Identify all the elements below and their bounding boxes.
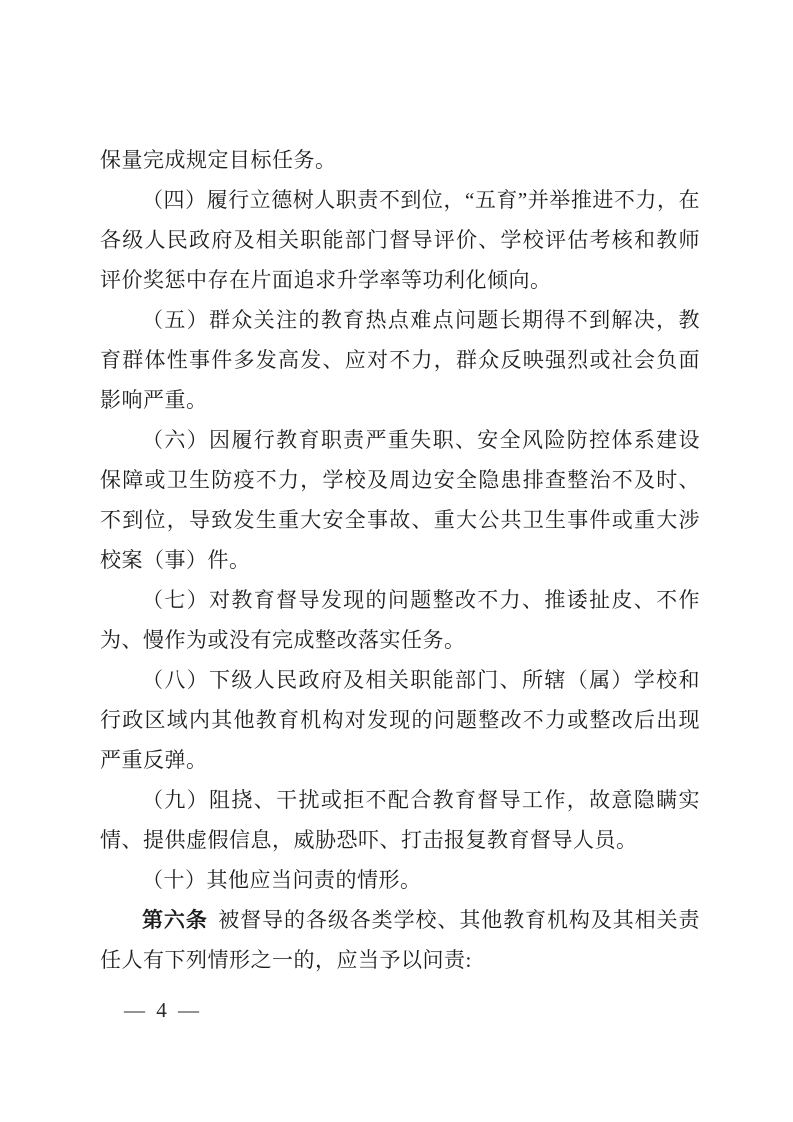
paragraph-1: 保量完成规定目标任务。 bbox=[100, 140, 700, 180]
page-number: — 4 — bbox=[124, 990, 202, 1030]
document-page: 保量完成规定目标任务。（四）履行立德树人职责不到位，“五育”并举推进不力，在各级… bbox=[0, 0, 793, 1122]
paragraph-7: （九）阻挠、干扰或拒不配合教育督导工作，故意隐瞒实情、提供虚假信息，威胁恐吓、打… bbox=[100, 780, 700, 860]
paragraph-3: （五）群众关注的教育热点难点问题长期得不到解决，教育群体性事件多发高发、应对不力… bbox=[100, 300, 700, 420]
paragraph-4: （六）因履行教育职责严重失职、安全风险防控体系建设保障或卫生防疫不力，学校及周边… bbox=[100, 420, 700, 580]
document-body: 保量完成规定目标任务。（四）履行立德树人职责不到位，“五育”并举推进不力，在各级… bbox=[100, 140, 700, 980]
paragraph-9: 第六条被督导的各级各类学校、其他教育机构及其相关责任人有下列情形之一的，应当予以… bbox=[100, 900, 700, 980]
paragraph-6: （八）下级人民政府及相关职能部门、所辖（属）学校和行政区域内其他教育机构对发现的… bbox=[100, 660, 700, 780]
paragraph-2: （四）履行立德树人职责不到位，“五育”并举推进不力，在各级人民政府及相关职能部门… bbox=[100, 180, 700, 300]
paragraph-5: （七）对教育督导发现的问题整改不力、推诿扯皮、不作为、慢作为或没有完成整改落实任… bbox=[100, 580, 700, 660]
article-number: 第六条 bbox=[142, 908, 208, 932]
paragraph-8: （十）其他应当问责的情形。 bbox=[100, 860, 700, 900]
